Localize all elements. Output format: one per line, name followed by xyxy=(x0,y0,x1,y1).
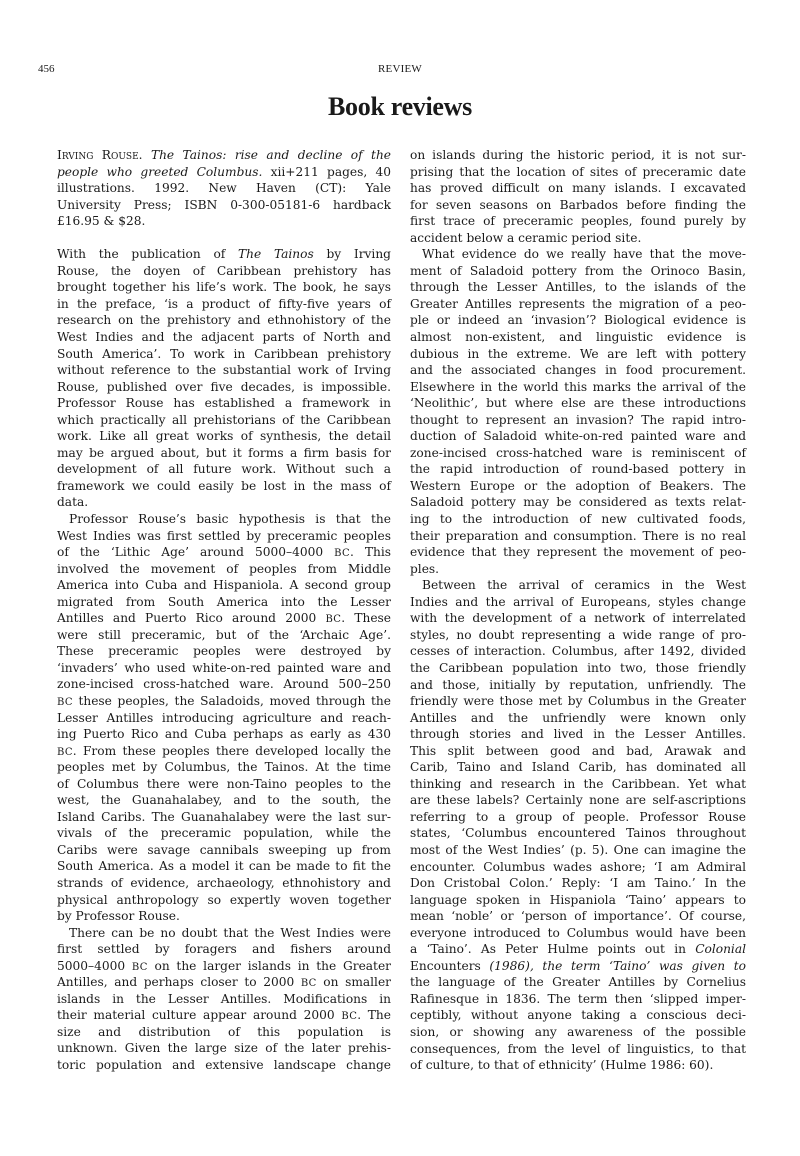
citation-line: people who greeted Columbus. xii+211 pag… xyxy=(57,164,391,181)
text-line: accident below a ceramic period site. xyxy=(410,230,746,247)
text-line: These preceramic peoples were destroyed … xyxy=(57,643,391,660)
text-line: What evidence do we really have that the… xyxy=(410,246,746,263)
paragraph: With the publication of The Tainos by Ir… xyxy=(57,246,391,511)
text-line: of culture, to that of ethnicity’ (Hulme… xyxy=(410,1057,746,1074)
text-line: Professor Rouse’s basic hypothesis is th… xyxy=(57,511,391,528)
text-line: of the ‘Lithic Age’ around 5000–4000 BC.… xyxy=(57,544,391,561)
left-column: Irving Rouse. The Tainos: rise and decli… xyxy=(57,147,391,1074)
text-line: thought to represent an invasion? The ra… xyxy=(410,412,746,429)
text-line: ple or indeed an ‘invasion’? Biological … xyxy=(410,312,746,329)
text-line: Antilles and Puerto Rico around 2000 BC.… xyxy=(57,610,391,627)
text-line: Encounters (1986), the term ‘Taino’ was … xyxy=(410,958,746,975)
citation-place: New Haven (CT) xyxy=(208,181,342,195)
citation-pages: xii+211 pages xyxy=(271,165,364,179)
text-line: West Indies and the adjacent parts of No… xyxy=(57,329,391,346)
right-column: on islands during the historic period, i… xyxy=(410,147,746,1074)
text-line: everyone introduced to Columbus would ha… xyxy=(410,925,746,942)
text-line: migrated from South America into the Les… xyxy=(57,594,391,611)
text-line: through stories and lived in the Lesser … xyxy=(410,726,746,743)
text-line: Rafinesque in 1836. The term then ‘slipp… xyxy=(410,991,746,1008)
text-line: Antilles and the unfriendly were known o… xyxy=(410,710,746,727)
text-line: sion, or showing any awareness of the po… xyxy=(410,1024,746,1041)
paragraph: Professor Rouse’s basic hypothesis is th… xyxy=(57,511,391,925)
text-line: styles, no doubt representing a wide ran… xyxy=(410,627,746,644)
text-line: are these labels? Certainly none are sel… xyxy=(410,792,746,809)
text-line: without reference to the substantial wor… xyxy=(57,362,391,379)
text-line: of Columbus there were non-Taino peoples… xyxy=(57,776,391,793)
text-line: by Professor Rouse. xyxy=(57,908,391,925)
text-line: a ‘Taino’. As Peter Hulme points out in … xyxy=(410,941,746,958)
text-line: physical anthropology so expertly woven … xyxy=(57,892,391,909)
text-line: development of all future work. Without … xyxy=(57,461,391,478)
text-line: has proved difficult on many islands. I … xyxy=(410,180,746,197)
text-line: language spoken in Hispaniola ‘Taino’ ap… xyxy=(410,892,746,909)
text-line: America into Cuba and Hispaniola. A seco… xyxy=(57,577,391,594)
text-line: vivals of the preceramic population, whi… xyxy=(57,825,391,842)
text-line: size and distribution of this population… xyxy=(57,1024,391,1041)
text-line: Don Cristobal Colon.’ Reply: ‘I am Taino… xyxy=(410,875,746,892)
text-line: Western Europe or the adoption of Beaker… xyxy=(410,478,746,495)
text-line: dubious in the extreme. We are left with… xyxy=(410,346,746,363)
text-line: framework we could easily be lost in the… xyxy=(57,478,391,495)
text-line: the language of the Greater Antilles by … xyxy=(410,974,746,991)
text-line: and those, initially by reputation, unfr… xyxy=(410,677,746,694)
text-line: ‘Neolithic’, but where else are these in… xyxy=(410,395,746,412)
paragraph: Between the arrival of ceramics in the W… xyxy=(410,577,746,1073)
text-line: duction of Saladoid white-on-red painted… xyxy=(410,428,746,445)
text-line: research on the prehistory and ethnohist… xyxy=(57,312,391,329)
text-line: cesses of interaction. Columbus, after 1… xyxy=(410,643,746,660)
text-line: ples. xyxy=(410,561,746,578)
text-line: There can be no doubt that the West Indi… xyxy=(57,925,391,942)
text-line: Island Caribs. The Guanahalabey were the… xyxy=(57,809,391,826)
text-line: Greater Antilles represents the migratio… xyxy=(410,296,746,313)
text-line: peoples met by Columbus, the Tainos. At … xyxy=(57,759,391,776)
text-line: Elsewhere in the world this marks the ar… xyxy=(410,379,746,396)
text-line: friendly were those met by Columbus in t… xyxy=(410,693,746,710)
citation-isbn: ISBN 0-300-05181-6 hardback xyxy=(185,198,391,212)
text-line: thinking and research in the Caribbean. … xyxy=(410,776,746,793)
left-paragraphs: With the publication of The Tainos by Ir… xyxy=(57,246,391,1073)
text-line: Antilles, and perhaps closer to 2000 BC … xyxy=(57,974,391,991)
text-line: ment of Saladoid pottery from the Orinoc… xyxy=(410,263,746,280)
text-line: strands of evidence, archaeology, ethnoh… xyxy=(57,875,391,892)
text-line: mean ‘noble’ or ‘person of importance’. … xyxy=(410,908,746,925)
citation-title-part1: The Tainos: rise and decline of the xyxy=(151,148,391,162)
text-line: With the publication of The Tainos by Ir… xyxy=(57,246,391,263)
text-line: South America. As a model it can be made… xyxy=(57,858,391,875)
text-line: BC. From these peoples there developed l… xyxy=(57,743,391,760)
text-line: with the development of a network of int… xyxy=(410,610,746,627)
text-line: west, the Guanahalabey, and to the south… xyxy=(57,792,391,809)
text-line: encounter. Columbus wades ashore; ‘I am … xyxy=(410,859,746,876)
citation-author: Irving Rouse xyxy=(57,148,139,162)
citation-line: illustrations. 1992. New Haven (CT): Yal… xyxy=(57,180,391,197)
text-line: their preparation and consumption. There… xyxy=(410,528,746,545)
text-line: referring to a group of people. Professo… xyxy=(410,809,746,826)
text-line: islands in the Lesser Antilles. Modifica… xyxy=(57,991,391,1008)
text-line: West Indies was first settled by precera… xyxy=(57,528,391,545)
citation-line: University Press; ISBN 0-300-05181-6 har… xyxy=(57,197,391,214)
text-line: Rouse, published over five decades, is i… xyxy=(57,379,391,396)
text-line: ceptibly, without anyone taking a consci… xyxy=(410,1007,746,1024)
paragraph: on islands during the historic period, i… xyxy=(410,147,746,246)
paragraph: What evidence do we really have that the… xyxy=(410,246,746,577)
running-head: REVIEW xyxy=(0,63,800,75)
text-line: almost non-existent, and linguistic evid… xyxy=(410,329,746,346)
citation-title-part2: people who greeted Columbus. xyxy=(57,165,262,179)
text-line: the Caribbean population into two, those… xyxy=(410,660,746,677)
text-line: and the associated changes in food procu… xyxy=(410,362,746,379)
text-line: zone-incised cross-hatched ware. Around … xyxy=(57,676,391,693)
text-line: Saladoid pottery may be considered as te… xyxy=(410,494,746,511)
paragraph: There can be no doubt that the West Indi… xyxy=(57,925,391,1074)
text-line: involved the movement of peoples from Mi… xyxy=(57,561,391,578)
text-line: for seven seasons on Barbados before fin… xyxy=(410,197,746,214)
citation-year: 1992 xyxy=(154,181,185,195)
text-line: first trace of preceramic peoples, found… xyxy=(410,213,746,230)
text-line: Lesser Antilles introducing agriculture … xyxy=(57,710,391,727)
text-line: 5000–4000 BC on the larger islands in th… xyxy=(57,958,391,975)
text-line: in the preface, ‘is a product of fifty-f… xyxy=(57,296,391,313)
page-title: Book reviews xyxy=(0,92,800,122)
text-line: zone-incised cross-hatched ware is remin… xyxy=(410,445,746,462)
text-line: South America’. To work in Caribbean pre… xyxy=(57,346,391,363)
text-line: Carib, Taino and Island Carib, has domin… xyxy=(410,759,746,776)
text-line: Rouse, the doyen of Caribbean prehistory… xyxy=(57,263,391,280)
text-line: ing to the introduction of new cultivate… xyxy=(410,511,746,528)
text-line: ‘invaders’ who used white-on-red painted… xyxy=(57,660,391,677)
text-line: first settled by foragers and fishers ar… xyxy=(57,941,391,958)
text-line: Indies and the arrival of Europeans, sty… xyxy=(410,594,746,611)
citation-line: Irving Rouse. The Tainos: rise and decli… xyxy=(57,147,391,164)
text-line: may be argued about, but it forms a firm… xyxy=(57,445,391,462)
text-line: the rapid introduction of round-based po… xyxy=(410,461,746,478)
text-line: their material culture appear around 200… xyxy=(57,1007,391,1024)
text-line: consequences, from the level of linguist… xyxy=(410,1041,746,1058)
right-paragraphs: on islands during the historic period, i… xyxy=(410,147,746,1074)
text-line: ing Puerto Rico and Cuba perhaps as earl… xyxy=(57,726,391,743)
text-line: Between the arrival of ceramics in the W… xyxy=(410,577,746,594)
text-line: were still preceramic, but of the ‘Archa… xyxy=(57,627,391,644)
text-line: brought together his life’s work. The bo… xyxy=(57,279,391,296)
text-line: work. Like all great works of synthesis,… xyxy=(57,428,391,445)
text-line: on islands during the historic period, i… xyxy=(410,147,746,164)
citation-price: £16.95 & $28 xyxy=(57,214,142,228)
text-line: BC these peoples, the Saladoids, moved t… xyxy=(57,693,391,710)
text-line: data. xyxy=(57,494,391,511)
text-line: most of the West Indies’ (p. 5). One can… xyxy=(410,842,746,859)
text-line: Caribs were savage cannibals sweeping up… xyxy=(57,842,391,859)
book-citation: Irving Rouse. The Tainos: rise and decli… xyxy=(57,147,391,230)
text-line: unknown. Given the large size of the lat… xyxy=(57,1040,391,1057)
citation-line: £16.95 & $28. xyxy=(57,213,391,230)
text-line: through the Lesser Antilles, to the isla… xyxy=(410,279,746,296)
text-line: which practically all prehistorians of t… xyxy=(57,412,391,429)
text-line: Professor Rouse has established a framew… xyxy=(57,395,391,412)
text-line: states, ‘Columbus encountered Tainos thr… xyxy=(410,825,746,842)
text-line: prising that the location of sites of pr… xyxy=(410,164,746,181)
text-line: toric population and extensive landscape… xyxy=(57,1057,391,1074)
text-line: evidence that they represent the movemen… xyxy=(410,544,746,561)
text-line: This split between good and bad, Arawak … xyxy=(410,743,746,760)
